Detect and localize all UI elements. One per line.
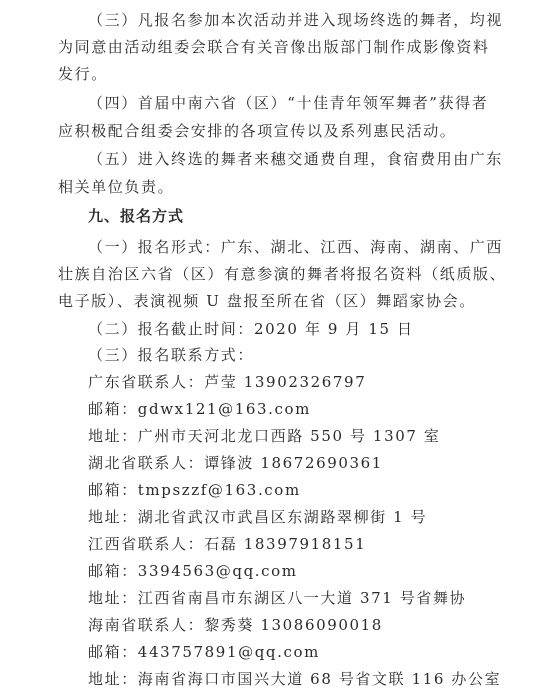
contact-person-hubei: 湖北省联系人：谭锋波 18672690361 <box>88 453 383 473</box>
registration-form-line: 电子版）、表演视频 U 盘报至所在省（区）舞蹈家协会。 <box>58 291 476 311</box>
contact-person-guangdong: 广东省联系人：芦莹 13902326797 <box>88 372 366 392</box>
section-heading: 九、报名方式 <box>88 206 184 226</box>
contact-email-hubei: 邮箱：tmpszzf@163.com <box>88 480 301 500</box>
contact-address-hainan: 地址：海南省海口市国兴大道 68 号省文联 116 办公室 <box>88 669 501 689</box>
contact-address-jiangxi: 地址：江西省南昌市东湖区八一大道 371 号省舞协 <box>88 588 466 608</box>
paragraph-line: 发行。 <box>58 64 108 84</box>
paragraph-line: （三）凡报名参加本次活动并进入现场终选的舞者，均视 <box>88 10 503 30</box>
contact-person-jiangxi: 江西省联系人：石磊 18397918151 <box>88 534 366 554</box>
paragraph-line: 相关单位负责。 <box>58 177 174 197</box>
contact-address-hubei: 地址：湖北省武汉市武昌区东湖路翠柳街 1 号 <box>88 507 427 527</box>
paragraph-line: （五）进入终选的舞者来穗交通费自理，食宿费用由广东 <box>88 149 503 169</box>
contact-email-guangdong: 邮箱：gdwx121@163.com <box>88 399 311 419</box>
contact-email-hainan: 邮箱：443757891@qq.com <box>88 642 320 662</box>
contact-person-hainan: 海南省联系人：黎秀葵 13086090018 <box>88 615 383 635</box>
registration-form-line: （一）报名形式：广东、湖北、江西、海南、湖南、广西 <box>88 237 503 257</box>
contact-heading: （三）报名联系方式： <box>88 345 254 365</box>
registration-deadline: （二）报名截止时间：2020 年 9 月 15 日 <box>88 319 414 339</box>
paragraph-line: 应积极配合组委会安排的各项宣传以及系列惠民活动。 <box>58 121 456 141</box>
contact-address-guangdong: 地址：广州市天河北龙口西路 550 号 1307 室 <box>88 426 440 446</box>
registration-form-line: 壮族自治区六省（区）有意参演的舞者将报名资料（纸质版、 <box>58 264 506 284</box>
document-page: （三）凡报名参加本次活动并进入现场终选的舞者，均视 为同意由活动组委会联合有关音… <box>0 0 550 698</box>
paragraph-line: 为同意由活动组委会联合有关音像出版部门制作成影像资料 <box>58 37 490 57</box>
paragraph-line: （四）首届中南六省（区）“十佳青年领军舞者”获得者 <box>88 93 488 113</box>
contact-email-jiangxi: 邮箱：3394563@qq.com <box>88 561 298 581</box>
